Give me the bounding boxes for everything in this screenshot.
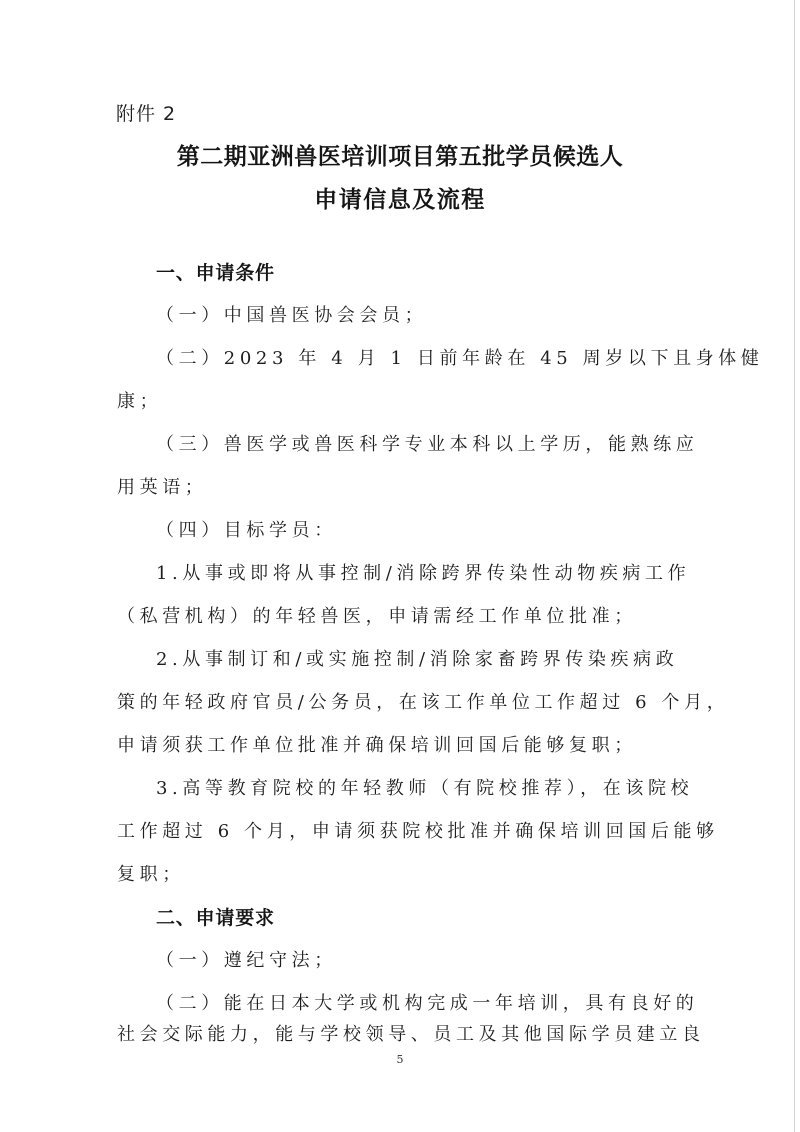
paragraph-line: 2.从事制订和/或实施控制/消除家畜跨界传染疾病政 xyxy=(156,649,678,671)
paragraph-line: （二）能在日本大学或机构完成一年培训，具有良好的 xyxy=(156,993,698,1015)
paragraph-line: 复职； xyxy=(117,864,185,886)
document-title-line-1: 第二期亚洲兽医培训项目第五批学员候选人 xyxy=(0,143,800,171)
paragraph-line: （二）2023 年 4 月 1 日前年龄在 45 周岁以下且身体健 xyxy=(156,348,763,370)
paragraph-line: （一）中国兽医协会会员； xyxy=(156,305,427,327)
section-heading-1: 一、申请条件 xyxy=(156,262,275,284)
paragraph-line: 社会交际能力，能与学校领导、员工及其他国际学员建立良 xyxy=(117,1024,705,1046)
paragraph-line: （一）遵纪守法； xyxy=(156,950,337,972)
paragraph-line: 工作超过 6 个月，申请须获院校批准并确保培训回国后能够 xyxy=(117,821,719,843)
paragraph-line: 康； xyxy=(117,391,162,413)
paragraph-line: （三）兽医学或兽医科学专业本科以上学历，能熟练应 xyxy=(156,434,698,456)
paragraph-line: （四）目标学员： xyxy=(156,520,337,542)
page-number: 5 xyxy=(0,1053,800,1066)
paragraph-line: 1.从事或即将从事控制/消除跨界传染性动物疾病工作 xyxy=(156,563,690,585)
paragraph-line: （私营机构）的年轻兽医，申请需经工作单位批准； xyxy=(117,606,637,628)
paragraph-line: 申请须获工作单位批准并确保培训回国后能够复职； xyxy=(117,735,637,757)
attachment-label: 附件 2 xyxy=(116,103,176,125)
paragraph-line: 策的年轻政府官员/公务员，在该工作单位工作超过 6 个月， xyxy=(117,692,729,714)
paragraph-line: 3.高等教育院校的年轻教师（有院校推荐），在该院校 xyxy=(156,778,693,800)
document-title-line-2: 申请信息及流程 xyxy=(0,186,800,214)
paragraph-line: 用英语； xyxy=(117,477,207,499)
section-heading-2: 二、申请要求 xyxy=(156,907,275,929)
